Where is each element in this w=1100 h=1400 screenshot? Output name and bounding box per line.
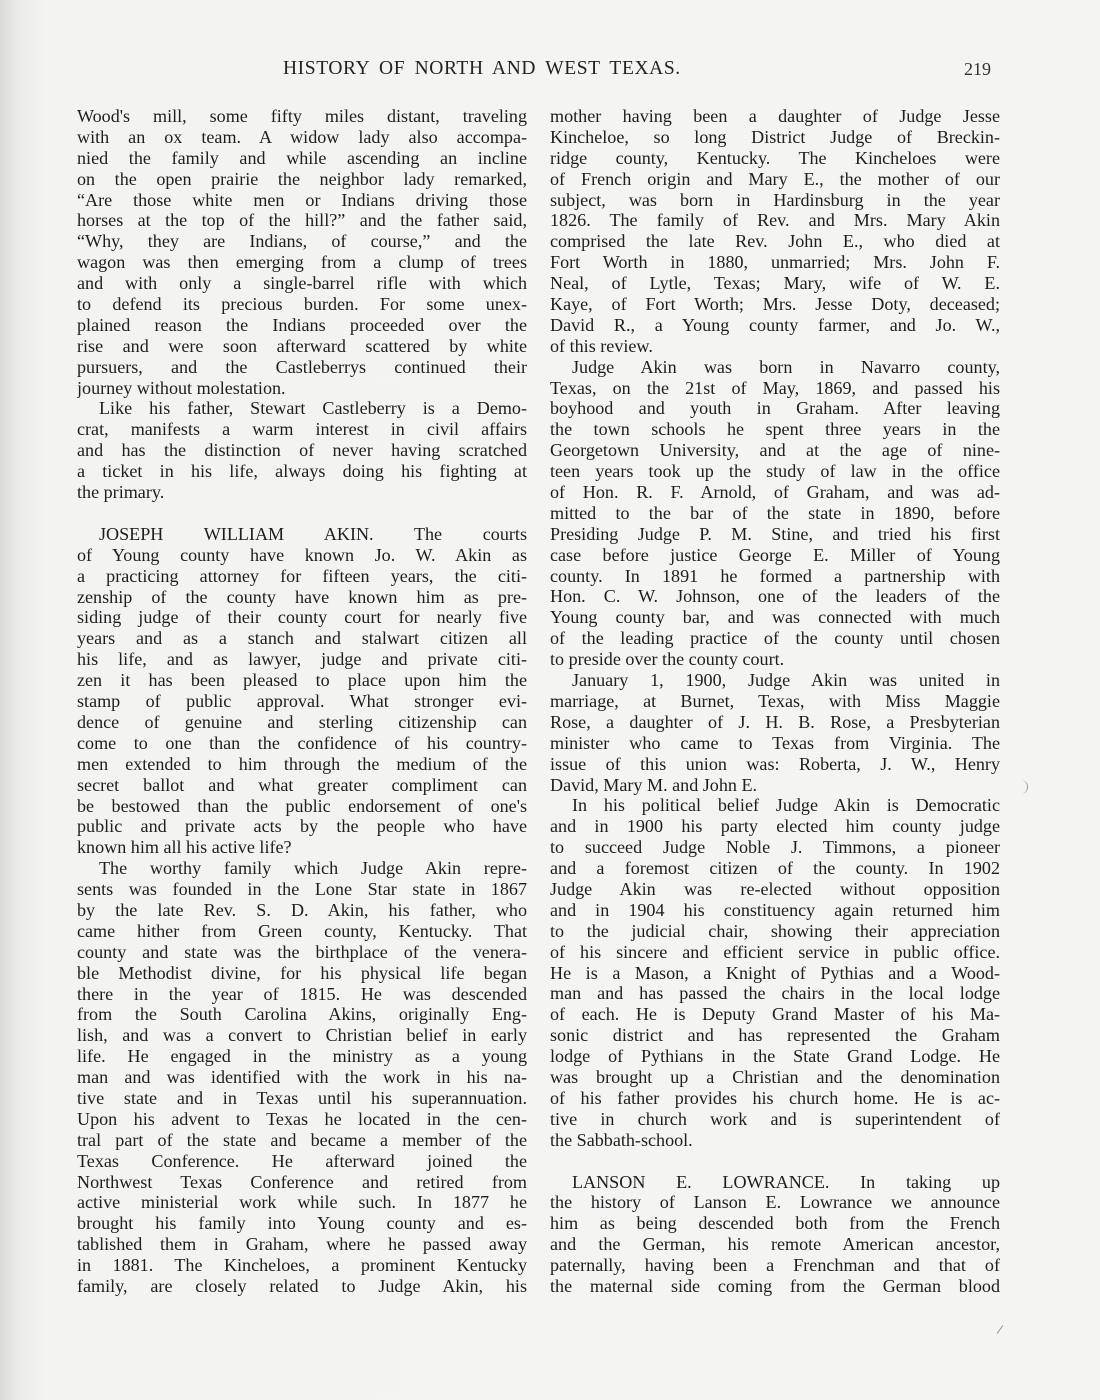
text-line: “Why, they are Indians, of course,” and …: [77, 231, 527, 252]
text-line: the Sabbath-school.: [550, 1130, 1000, 1151]
biography-heading-line: LANSON E. LOWRANCE. In taking up: [550, 1172, 1000, 1193]
text-line: sonic district and has represented the G…: [550, 1025, 1000, 1046]
text-line: county and state was the birthplace of t…: [77, 942, 527, 963]
text-line: in 1881. The Kincheloes, a prominent Ken…: [77, 1255, 527, 1276]
text-line: to defend its precious burden. For some …: [77, 294, 527, 315]
text-line: years and as a stanch and stalwart citiz…: [77, 628, 527, 649]
text-line: Like his father, Stewart Castleberry is …: [77, 398, 527, 419]
text-line: stamp of public approval. What stronger …: [77, 691, 527, 712]
text-line: Texas Conference. He afterward joined th…: [77, 1151, 527, 1172]
text-line: lish, and was a convert to Christian bel…: [77, 1025, 527, 1046]
text-line: Kaye, of Fort Worth; Mrs. Jesse Doty, de…: [550, 294, 1000, 315]
text-line: crat, manifests a warm interest in civil…: [77, 419, 527, 440]
text-line: subject, was born in Hardinsburg in the …: [550, 190, 1000, 211]
margin-mark: [1021, 780, 1028, 794]
text-line: of each. He is Deputy Grand Master of hi…: [550, 1004, 1000, 1025]
text-line: brought his family into Young county and…: [77, 1213, 527, 1234]
text-line: county. In 1891 he formed a partnership …: [550, 566, 1000, 587]
text-line: The worthy family which Judge Akin repre…: [77, 858, 527, 879]
text-line: David R., a Young county farmer, and Jo.…: [550, 315, 1000, 336]
text-line: of his sincere and efficient service in …: [550, 942, 1000, 963]
text-line: teen years took up the study of law in t…: [550, 461, 1000, 482]
text-line: case before justice George E. Miller of …: [550, 545, 1000, 566]
text-line: siding judge of their county court for n…: [77, 607, 527, 628]
text-line: of Young county have known Jo. W. Akin a…: [77, 545, 527, 566]
text-line: issue of this union was: Roberta, J. W.,…: [550, 754, 1000, 775]
text-line: him as being descended both from the Fre…: [550, 1213, 1000, 1234]
text-line: be bestowed than the public endorsement …: [77, 796, 527, 817]
text-line: 1826. The family of Rev. and Mrs. Mary A…: [550, 210, 1000, 231]
text-line: his life, and as lawyer, judge and priva…: [77, 649, 527, 670]
text-line: January 1, 1900, Judge Akin was united i…: [550, 670, 1000, 691]
text-line: zenship of the county have known him as …: [77, 587, 527, 608]
text-line: and with only a single-barrel rifle with…: [77, 273, 527, 294]
text-line: of this review.: [550, 336, 1000, 357]
text-line: marriage, at Burnet, Texas, with Miss Ma…: [550, 691, 1000, 712]
text-line: tive state and in Texas until his supera…: [77, 1088, 527, 1109]
text-line: to succeed Judge Noble J. Timmons, a pio…: [550, 837, 1000, 858]
text-line: rise and were soon afterward scattered b…: [77, 336, 527, 357]
text-line: life. He engaged in the ministry as a yo…: [77, 1046, 527, 1067]
text-line: to the judicial chair, showing their app…: [550, 921, 1000, 942]
corner-pencil-mark: [997, 1325, 1004, 1334]
text-line: ridge county, Kentucky. The Kincheloes w…: [550, 148, 1000, 169]
text-line: of the leading practice of the county un…: [550, 628, 1000, 649]
text-line: Northwest Texas Conference and retired f…: [77, 1172, 527, 1193]
text-line: paternally, having been a Frenchman and …: [550, 1255, 1000, 1276]
text-line: from the South Carolina Akins, originall…: [77, 1004, 527, 1025]
text-line: Judge Akin was re-elected without opposi…: [550, 879, 1000, 900]
text-line: man and was identified with the work in …: [77, 1067, 527, 1088]
text-line: secret ballot and what greater complimen…: [77, 775, 527, 796]
text-line: mother having been a daughter of Judge J…: [550, 106, 1000, 127]
right-text-column: mother having been a daughter of Judge J…: [550, 106, 1000, 1297]
text-line: public and private acts by the people wh…: [77, 816, 527, 837]
text-line: family, are closely related to Judge Aki…: [77, 1276, 527, 1297]
text-line: tral part of the state and became a memb…: [77, 1130, 527, 1151]
text-line: Presiding Judge P. M. Stine, and tried h…: [550, 524, 1000, 545]
text-line: a ticket in his life, always doing his f…: [77, 461, 527, 482]
text-line: nied the family and while ascending an i…: [77, 148, 527, 169]
text-line: to preside over the county court.: [550, 649, 1000, 670]
text-line: sents was founded in the Lone Star state…: [77, 879, 527, 900]
text-line: plained reason the Indians proceeded ove…: [77, 315, 527, 336]
text-line: David, Mary M. and John E.: [550, 775, 1000, 796]
text-line: and a foremost citizen of the county. In…: [550, 858, 1000, 879]
text-line: and has the distinction of never having …: [77, 440, 527, 461]
text-line: and in 1904 his constituency again retur…: [550, 900, 1000, 921]
text-line: and in 1900 his party elected him county…: [550, 816, 1000, 837]
text-line: was brought up a Christian and the denom…: [550, 1067, 1000, 1088]
page-number: 219: [964, 59, 991, 80]
text-line: zen it has been pleased to place upon hi…: [77, 670, 527, 691]
text-line: Judge Akin was born in Navarro county,: [550, 357, 1000, 378]
left-text-column: Wood's mill, some fifty miles distant, t…: [77, 106, 527, 1297]
text-line: Neal, of Lytle, Texas; Mary, wife of W. …: [550, 273, 1000, 294]
running-head: HISTORY OF NORTH AND WEST TEXAS. 219: [0, 58, 1100, 88]
text-line: with an ox team. A widow lady also accom…: [77, 127, 527, 148]
text-line: “Are those white men or Indians driving …: [77, 190, 527, 211]
text-line: In his political belief Judge Akin is De…: [550, 795, 1000, 816]
text-line: of his father provides his church home. …: [550, 1088, 1000, 1109]
text-line: ble Methodist divine, for his physical l…: [77, 963, 527, 984]
running-title: HISTORY OF NORTH AND WEST TEXAS.: [283, 58, 681, 80]
text-line: boyhood and youth in Graham. After leavi…: [550, 398, 1000, 419]
text-line: a practicing attorney for fifteen years,…: [77, 566, 527, 587]
text-line: there in the year of 1815. He was descen…: [77, 984, 527, 1005]
text-line: horses at the top of the hill?” and the …: [77, 210, 527, 231]
text-line: Texas, on the 21st of May, 1869, and pas…: [550, 378, 1000, 399]
section-break: [550, 1151, 1000, 1172]
text-line: the history of Lanson E. Lowrance we ann…: [550, 1192, 1000, 1213]
text-line: dence of genuine and sterling citizenshi…: [77, 712, 527, 733]
text-line: comprised the late Rev. John E., who die…: [550, 231, 1000, 252]
text-line: by the late Rev. S. D. Akin, his father,…: [77, 900, 527, 921]
text-line: Kincheloe, so long District Judge of Bre…: [550, 127, 1000, 148]
text-line: men extended to him through the medium o…: [77, 754, 527, 775]
text-line: Wood's mill, some fifty miles distant, t…: [77, 106, 527, 127]
text-line: and the German, his remote American ance…: [550, 1234, 1000, 1255]
text-line: lodge of Pythians in the State Grand Lod…: [550, 1046, 1000, 1067]
text-line: the town schools he spent three years in…: [550, 419, 1000, 440]
text-line: tablished them in Graham, where he passe…: [77, 1234, 527, 1255]
text-line: mitted to the bar of the state in 1890, …: [550, 503, 1000, 524]
text-line: wagon was then emerging from a clump of …: [77, 252, 527, 273]
text-line: man and has passed the chairs in the loc…: [550, 983, 1000, 1004]
text-line: tive in church work and is superintenden…: [550, 1109, 1000, 1130]
text-line: Rose, a daughter of J. H. B. Rose, a Pre…: [550, 712, 1000, 733]
text-line: Hon. C. W. Johnson, one of the leaders o…: [550, 586, 1000, 607]
text-line: come to one than the confidence of his c…: [77, 733, 527, 754]
text-line: the maternal side coming from the German…: [550, 1276, 1000, 1297]
text-line: came hither from Green county, Kentucky.…: [77, 921, 527, 942]
text-line: on the open prairie the neighbor lady re…: [77, 169, 527, 190]
text-line: minister who came to Texas from Virginia…: [550, 733, 1000, 754]
text-line: of Hon. R. F. Arnold, of Graham, and was…: [550, 482, 1000, 503]
text-line: Georgetown University, and at the age of…: [550, 440, 1000, 461]
text-line: the primary.: [77, 482, 527, 503]
text-line: journey without molestation.: [77, 378, 527, 399]
biography-heading-line: JOSEPH WILLIAM AKIN. The courts: [77, 524, 527, 545]
text-line: Upon his advent to Texas he located in t…: [77, 1109, 527, 1130]
text-line: known him all his active life?: [77, 837, 527, 858]
section-break: [77, 503, 527, 524]
text-line: pursuers, and the Castleberrys continued…: [77, 357, 527, 378]
text-line: He is a Mason, a Knight of Pythias and a…: [550, 963, 1000, 984]
text-line: of French origin and Mary E., the mother…: [550, 169, 1000, 190]
text-line: active ministerial work while such. In 1…: [77, 1192, 527, 1213]
book-page: HISTORY OF NORTH AND WEST TEXAS. 219 Woo…: [0, 0, 1100, 1400]
text-line: Fort Worth in 1880, unmarried; Mrs. John…: [550, 252, 1000, 273]
text-line: Young county bar, and was connected with…: [550, 607, 1000, 628]
